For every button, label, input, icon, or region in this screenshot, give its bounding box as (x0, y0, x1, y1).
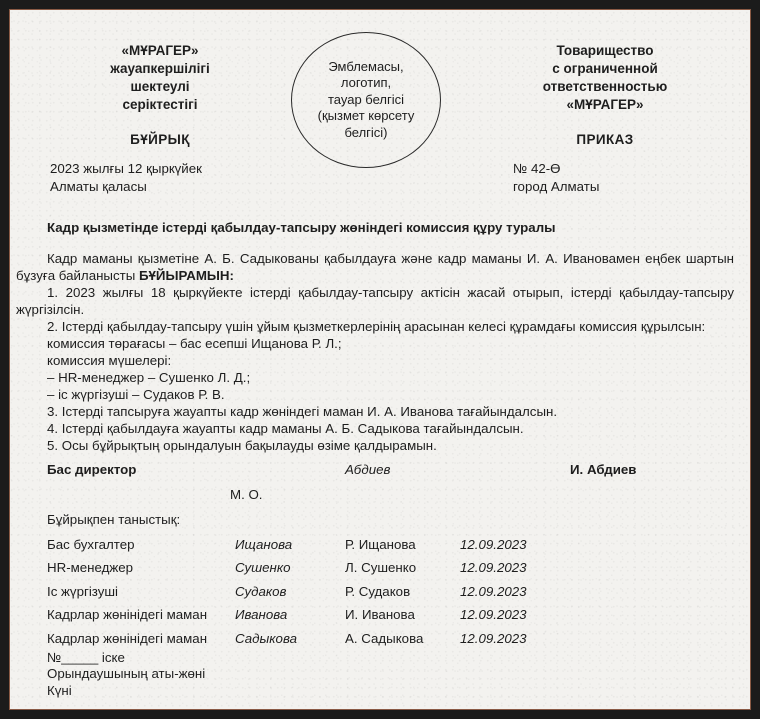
paragraph-line: Кадр маманы қызметіне А. Б. Садыкованы қ… (47, 250, 734, 267)
acknowledgment-table: Бас бухгалтер Ищанова Р. Ищанова 12.09.2… (47, 536, 734, 653)
executor-line: Орындаушының аты-жөні (47, 666, 734, 683)
commission-member-line: – іс жүргізуші – Судаков Р. В. (47, 386, 734, 403)
acknowledgment-row: Кадрлар жөнінідегі маман Иванова И. Иван… (47, 606, 734, 629)
org-kz-line: серіктестігі (10, 96, 310, 114)
number-place-block: № 42-Ө город Алматы (513, 160, 599, 196)
emblem-line: логотип, (318, 75, 415, 92)
order-item-1-continuation: жүргізілсін. (16, 301, 734, 318)
ack-date: 12.09.2023 (460, 583, 734, 606)
order-keyword: БҰЙЫРАМЫН: (139, 268, 234, 283)
org-ru-line: с ограниченной (465, 60, 745, 78)
org-kz-line: жауапкершілігі (10, 60, 310, 78)
emblem-line: белгісі) (318, 125, 415, 142)
order-item-5: 5. Осы бұйрықтың орындалуын бақылауды өз… (47, 437, 734, 454)
ack-position: Бас бухгалтер (47, 536, 235, 559)
org-name-russian: Товарищество с ограниченной ответственно… (465, 42, 745, 149)
acknowledgment-row: Іс жүргізуші Судаков Р. Судаков 12.09.20… (47, 583, 734, 606)
date-place-block: 2023 жылғы 12 қыркүйек Алматы қаласы (50, 160, 750, 196)
ack-signature: Ищанова (235, 536, 345, 559)
document-date: 2023 жылғы 12 қыркүйек (50, 160, 750, 178)
commission-members-label: комиссия мүшелері: (47, 352, 734, 369)
ack-date: 12.09.2023 (460, 536, 734, 559)
org-name-kazakh: «МҰРАГЕР» жауапкершілігі шектеулі серікт… (10, 42, 310, 149)
director-signature-row: Бас директор Абдиев И. Абдиев (47, 461, 734, 478)
emblem-placeholder-circle: Эмблемасы, логотип, тауар белгісі (қызме… (291, 32, 441, 168)
director-position: Бас директор (47, 461, 345, 478)
org-kz-line: «МҰРАГЕР» (10, 42, 310, 60)
org-ru-line: Товарищество (465, 42, 745, 60)
ack-name: А. Садыкова (345, 630, 460, 653)
document-body: Кадр қызметінде істерді қабылдау-тапсыру… (10, 219, 750, 699)
city-russian: город Алматы (513, 178, 599, 196)
emblem-line: Эмблемасы, (318, 59, 415, 76)
meta-row: 2023 жылғы 12 қыркүйек Алматы қаласы № 4… (10, 160, 750, 198)
order-item-1: 1. 2023 жылғы 18 қыркүйекте істерді қабы… (47, 284, 734, 301)
city-kazakh: Алматы қаласы (50, 178, 750, 196)
ack-name: Р. Ищанова (345, 536, 460, 559)
order-document: «МҰРАГЕР» жауапкершілігі шектеулі серікт… (9, 9, 751, 710)
ack-position: Кадрлар жөнінідегі маман (47, 606, 235, 629)
ack-position: HR-менеджер (47, 559, 235, 582)
ack-signature: Судаков (235, 583, 345, 606)
org-ru-line: «МҰРАГЕР» (465, 96, 745, 114)
ack-signature: Сушенко (235, 559, 345, 582)
emblem-line: (қызмет көрсету (318, 108, 415, 125)
commission-chair-line: комиссия төрағасы – бас есепші Ищанова Р… (47, 335, 734, 352)
document-header: «МҰРАГЕР» жауапкершілігі шектеулі серікт… (10, 10, 750, 158)
ack-name: Р. Судаков (345, 583, 460, 606)
ack-position: Іс жүргізуші (47, 583, 235, 606)
emblem-text: Эмблемасы, логотип, тауар белгісі (қызме… (318, 59, 415, 142)
doc-type-kazakh: БҰЙРЫҚ (10, 131, 310, 149)
emblem-line: тауар белгісі (318, 92, 415, 109)
acknowledgment-row: HR-менеджер Сушенко Л. Сушенко 12.09.202… (47, 559, 734, 582)
date-line: Күні (47, 683, 734, 700)
order-item-4: 4. Істерді қабылдауға жауапты кадр маман… (47, 420, 734, 437)
acknowledgment-row: Кадрлар жөнінідегі маман Садыкова А. Сад… (47, 630, 734, 653)
org-ru-line: ответственностью (465, 78, 745, 96)
ack-signature: Иванова (235, 606, 345, 629)
paragraph-text: бұзуға байланысты (16, 268, 139, 283)
ack-name: Л. Сушенко (345, 559, 460, 582)
subject-line: Кадр қызметінде істерді қабылдау-тапсыру… (47, 219, 734, 236)
scan-frame: «МҰРАГЕР» жауапкершілігі шектеулі серікт… (0, 0, 760, 719)
director-signature: Абдиев (345, 461, 570, 478)
ack-name: И. Иванова (345, 606, 460, 629)
ack-date: 12.09.2023 (460, 559, 734, 582)
document-number: № 42-Ө (513, 160, 599, 178)
paragraph-line: бұзуға байланысты БҰЙЫРАМЫН: (16, 267, 734, 284)
order-item-3: 3. Істерді тапсыруға жауапты кадр жөнінд… (47, 403, 734, 420)
ack-signature: Садыкова (235, 630, 345, 653)
filing-footer: №_____ іске Орындаушының аты-жөні Күні (47, 650, 734, 700)
doc-type-russian: ПРИКАЗ (465, 131, 745, 149)
seal-placeholder: М. О. (230, 486, 734, 503)
acknowledgment-label: Бұйрықпен таныстық: (47, 511, 734, 528)
org-kz-line: шектеулі (10, 78, 310, 96)
ack-date: 12.09.2023 (460, 630, 734, 653)
acknowledgment-row: Бас бухгалтер Ищанова Р. Ищанова 12.09.2… (47, 536, 734, 559)
order-item-2: 2. Істерді қабылдау-тапсыру үшін ұйым қы… (47, 318, 734, 335)
commission-member-line: – HR-менеджер – Сушенко Л. Д.; (47, 369, 734, 386)
ack-date: 12.09.2023 (460, 606, 734, 629)
director-name: И. Абдиев (570, 461, 734, 478)
